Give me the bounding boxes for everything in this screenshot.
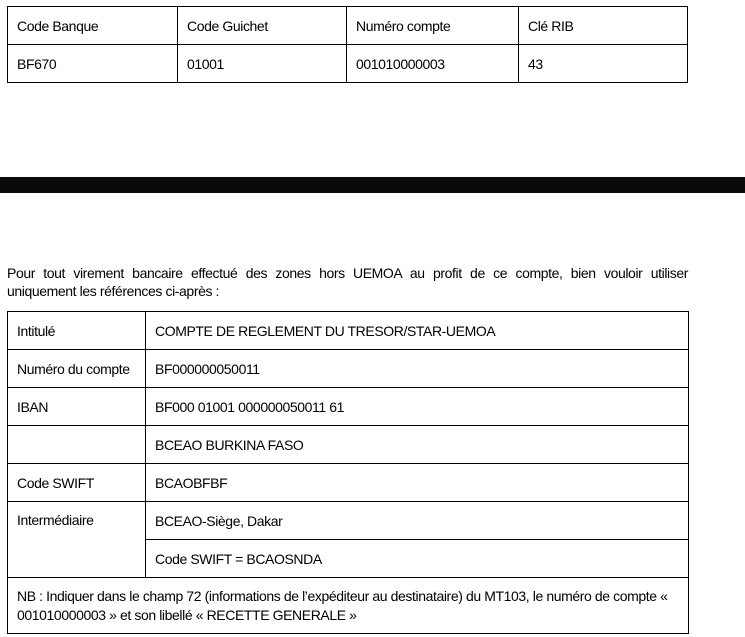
value-banque: BCEAO BURKINA FASO [146,426,689,464]
value-numero-compte: 001010000003 [347,45,519,83]
value-intermediaire-swift: Code SWIFT = BCAOSNDA [146,540,689,578]
note-text: NB : Indiquer dans le champ 72 (informat… [8,578,689,634]
value-iban: BF000 01001 000000050011 61 [146,388,689,426]
row-intitule: Intitulé COMPTE DE REGLEMENT DU TRESOR/S… [8,312,689,350]
transfer-details-table: Intitulé COMPTE DE REGLEMENT DU TRESOR/S… [7,311,689,634]
label-banque [8,426,146,464]
rib-header-row: Code Banque Code Guichet Numéro compte C… [8,7,688,45]
header-code-guichet: Code Guichet [178,7,347,45]
value-code-swift: BCAOBFBF [146,464,689,502]
header-numero-compte: Numéro compte [347,7,519,45]
value-numero-compte: BF000000050011 [146,350,689,388]
row-numero-compte: Numéro du compte BF000000050011 [8,350,689,388]
row-note: NB : Indiquer dans le champ 72 (informat… [8,578,689,634]
intro-line-2: uniquement les références ci-après : [7,282,688,300]
intro-paragraph: Pour tout virement bancaire effectué des… [7,264,688,300]
label-intitule: Intitulé [8,312,146,350]
value-code-banque: BF670 [8,45,178,83]
separator-bar [0,177,745,193]
value-intermediaire-bank: BCEAO-Siège, Dakar [146,502,689,540]
value-code-guichet: 01001 [178,45,347,83]
rib-data-row: BF670 01001 001010000003 43 [8,45,688,83]
label-code-swift: Code SWIFT [8,464,146,502]
value-cle-rib: 43 [519,45,688,83]
rib-table: Code Banque Code Guichet Numéro compte C… [7,6,688,83]
label-numero-compte: Numéro du compte [8,350,146,388]
row-iban: IBAN BF000 01001 000000050011 61 [8,388,689,426]
header-cle-rib: Clé RIB [519,7,688,45]
row-code-swift: Code SWIFT BCAOBFBF [8,464,689,502]
intro-line-1: Pour tout virement bancaire effectué des… [7,264,688,282]
label-intermediaire: Intermédiaire [8,502,146,578]
label-iban: IBAN [8,388,146,426]
row-intermediaire: Intermédiaire BCEAO-Siège, Dakar [8,502,689,540]
header-code-banque: Code Banque [8,7,178,45]
row-banque: BCEAO BURKINA FASO [8,426,689,464]
value-intitule: COMPTE DE REGLEMENT DU TRESOR/STAR-UEMOA [146,312,689,350]
